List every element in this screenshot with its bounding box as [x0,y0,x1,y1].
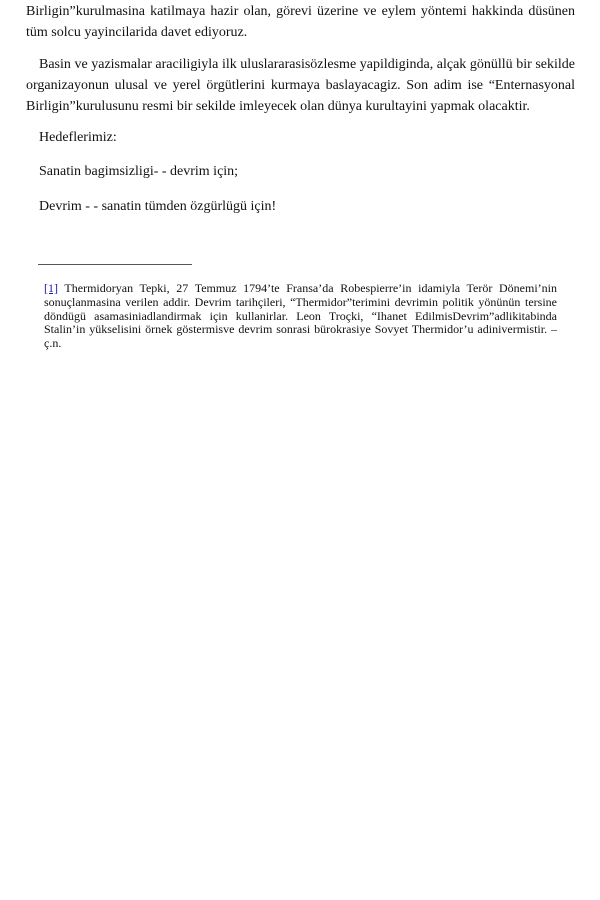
goal-line-1: Sanatin bagimsizligi- - devrim için; [39,161,575,182]
footnote: [1] Thermidoryan Tepki, 27 Temmuz 1794’t… [44,282,557,351]
body-paragraph-2: Basin ve yazismalar araciligiyla ilk ulu… [26,54,575,117]
footnote-backlink[interactable]: [1] [44,281,58,295]
footnote-separator [38,264,192,265]
goal-line-2: Devrim - - sanatin tümden özgürlügü için… [39,196,575,217]
footnote-text: Thermidoryan Tepki, 27 Temmuz 1794’te Fr… [44,281,557,350]
goals-heading: Hedeflerimiz: [39,127,575,148]
body-paragraph-1: Birligin”kurulmasina katilmaya hazir ola… [26,1,575,43]
